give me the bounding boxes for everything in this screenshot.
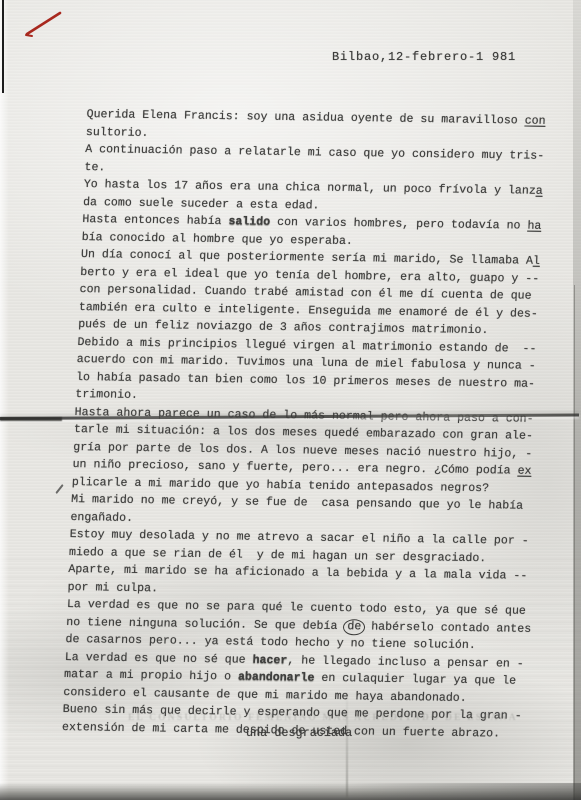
- letter-body: Querida Elena Francis: soy una asidua oy…: [61, 80, 562, 769]
- red-pen-check-mark: [22, 8, 66, 42]
- page-bottom-shadow: [0, 783, 581, 800]
- page-left-edge: [0, 0, 9, 800]
- margin-pen-tick: [55, 484, 63, 494]
- scan-edge-line: [2, 0, 4, 93]
- page-right-edge-line: [574, 285, 575, 800]
- vertical-crease: [346, 688, 348, 798]
- faint-stamp-text: EL CONSULTORIO FEMENINO MAS ACREDITADO D…: [128, 713, 528, 723]
- letter-lines: Querida Elena Francis: soy una asidua oy…: [62, 106, 561, 743]
- letter-signature: una desgraciada: [246, 726, 352, 740]
- letter-date: Bilbao,12-febrero-1 981: [332, 50, 516, 64]
- scanned-letter-page: Bilbao,12-febrero-1 981 Querida Elena Fr…: [0, 0, 581, 800]
- fold-crease-dark-end: [0, 417, 62, 421]
